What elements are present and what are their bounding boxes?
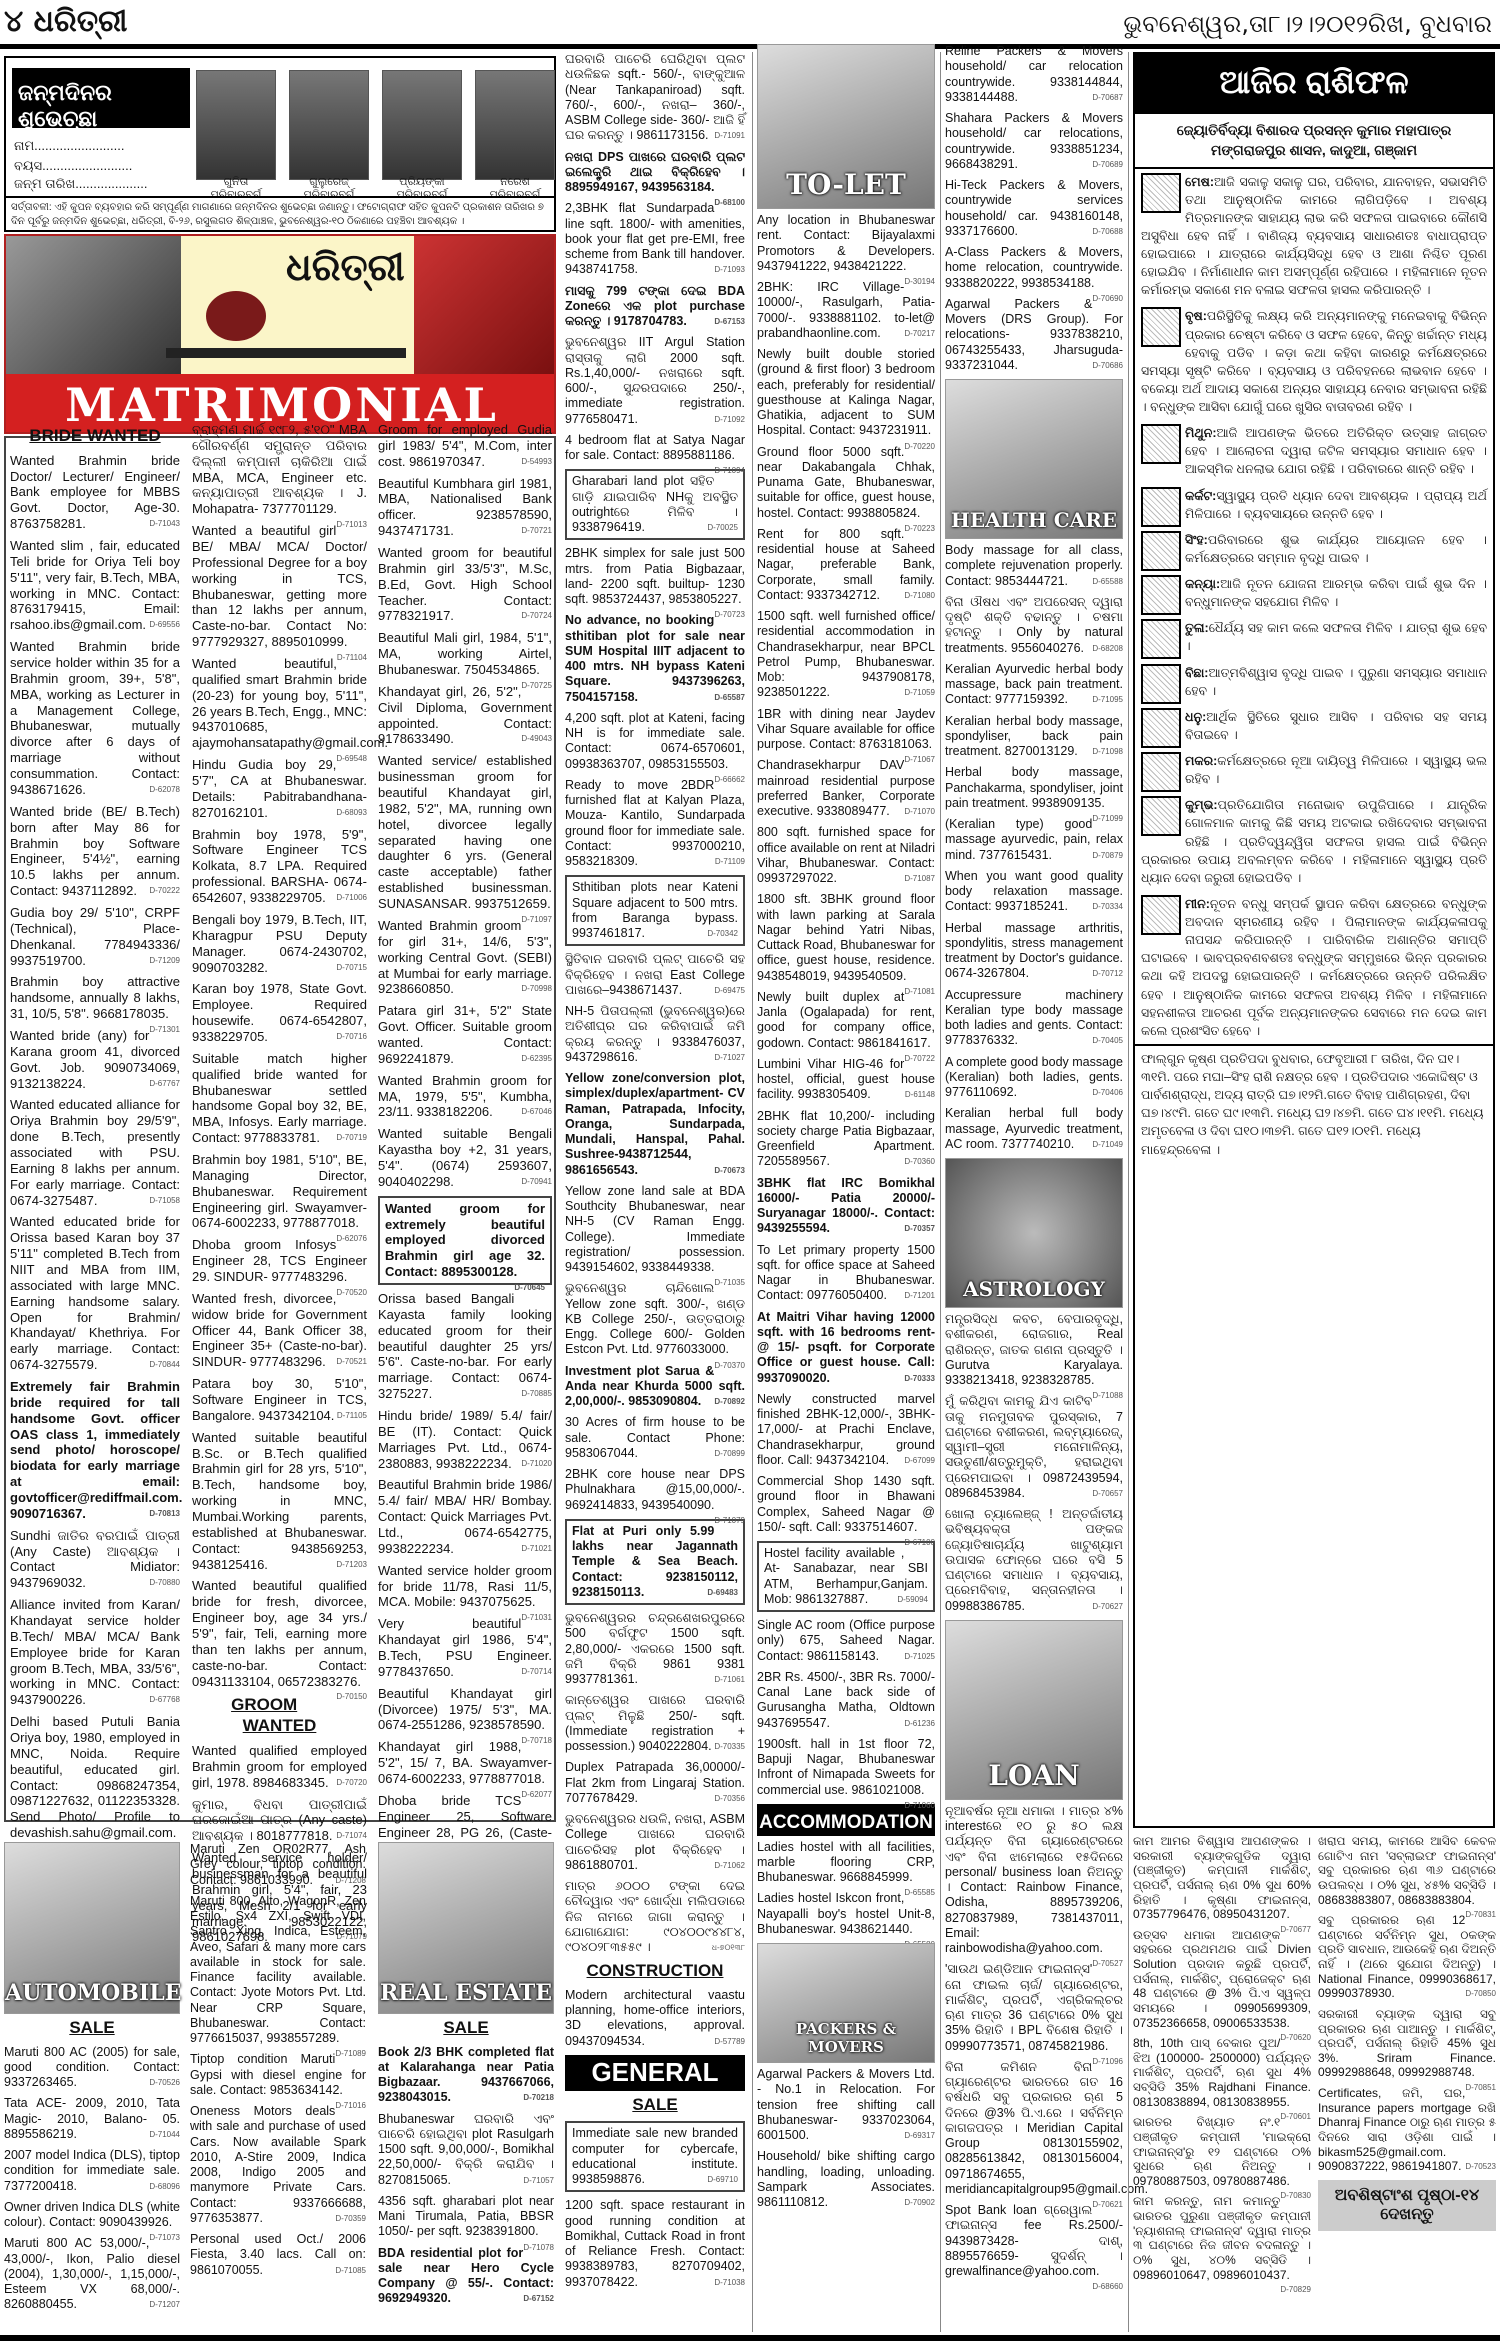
sign-text: ଆତ୍ମବିଶ୍ୱାସ ବୃଦ୍ଧି ପାଇବ । ପୁରୁଣା ସମସ୍ୟାର… — [1185, 666, 1487, 698]
classified-ad: Yellow zone/conversion plot, simplex/dup… — [565, 1071, 745, 1178]
classified-ad: To Let primary property 1500 sqft. for o… — [757, 1243, 935, 1304]
classified-ad: Wanted Brahmin bride Doctor/ Lecturer/ E… — [10, 453, 180, 532]
classified-ad: Gudia boy 29/ 5'10", CRPF (Technical), P… — [10, 905, 180, 968]
classified-ad: Wanted suitable Bengali Kayastha boy +2,… — [378, 1126, 552, 1189]
ad-text: Wanted beautiful qualified bride for fre… — [192, 1578, 367, 1688]
ad-text: Maruti 800, Alto, WagonR, Zen Estilo, Sx… — [190, 1894, 366, 2045]
classified-ad: ମାସକୁ 799 ଟଙ୍କା ଦେଇ BDA Zoneରେ ଏକ plot p… — [565, 284, 745, 330]
classified-ad: ଉତ୍ସବ ଧମାକା ଆପଣଙ୍କ ସହରରେ ପ୍ରଥମଥର ପାଇଁ Di… — [1133, 1928, 1311, 2030]
ad-code: D-71067 — [904, 755, 935, 765]
sign-name: କର୍କଟ: — [1185, 489, 1216, 503]
ad-code: D-70218 — [523, 2093, 554, 2103]
ad-text: 4356 sqft. gharabari plot near Mani Tiru… — [378, 2194, 554, 2239]
classified-ad: 2BHK simplex for sale just 500 mtrs. fro… — [565, 546, 745, 607]
ad-text: ଘରବାରି ପାଚେରି ଘେରିଥିବା ପ୍ଲଟ ଧଉଳିଛକ sqft.… — [565, 52, 745, 142]
classified-ad: Rent for 800 sqft. residential house at … — [757, 527, 935, 603]
ad-code: D-62395 — [521, 1054, 552, 1064]
classified-ad: Wanted Brahmin groom for MA, 1979, 5'5",… — [378, 1073, 552, 1121]
ad-text: Wanted beautiful, qualified smart Brahmi… — [192, 656, 388, 750]
classified-ad: 1200 sqft. space restaurant in good runn… — [565, 2198, 745, 2290]
ad-code: D-70813 — [149, 1509, 180, 1519]
classified-ad: Beautiful Khandayat girl (Divorcee) 1975… — [378, 1686, 552, 1734]
ad-code: D-70879 — [1092, 851, 1123, 861]
ad-code: D-71080 — [904, 591, 935, 601]
ad-code: D-70601 — [1280, 2112, 1311, 2122]
ad-code: D-70722 — [904, 1054, 935, 1064]
rashiphal-title: ଆଜିର ରାଶିଫଳ — [1133, 52, 1495, 112]
ad-code: D-30194 — [904, 277, 935, 287]
horoscope-sign: ମିଥୁନ:ଆଜି ଆପଣଙ୍କ ଭିତରେ ଅତିରିକ୍ତ ଉତ୍ସାହ ଜ… — [1135, 420, 1493, 482]
classified-ad: 1500 sqft. well furnished office/ reside… — [757, 609, 935, 701]
ad-text: Brahmin boy 1981, 5'10", BE, Managing Di… — [192, 1152, 367, 1230]
ad-text: 8th, 10th ପାସ୍ ବେକାର ପୁଅ/ ଝିଅ (100000- 2… — [1133, 2036, 1311, 2109]
sign-text: ଧୈର୍ଯ୍ୟ ସହ କାମ କଲେ ସଫଳତା ମିଳିବ । ଯାତ୍ରା … — [1185, 621, 1487, 653]
ad-code: D-70359 — [335, 2214, 366, 2224]
loan-column-2: କାମ ଆମର ବିଶ୍ୱାସ ଆପଣଙ୍କର । ସରକାରୀ ବ୍ୟାଙ୍କ… — [1133, 1834, 1311, 2295]
classified-ad: Sundhi ଜାତିର ବରପାଇଁ ପାତ୍ରୀ (Any Caste) ଆ… — [10, 1528, 180, 1591]
classified-ad: Delhi based Putuli Bania Oriya boy, 1980… — [10, 1714, 180, 1841]
ad-code: D-71074 — [336, 1831, 367, 1841]
ad-code: D-71087 — [904, 874, 935, 884]
ad-code: D-70621 — [1092, 2200, 1123, 2210]
zodiac-sign-icon — [1141, 752, 1181, 792]
ad-code: D-71091 — [714, 131, 745, 141]
ad-text: କାମ କରନ୍ତୁ, ନାମ କମାନ୍ତୁ ଭାରତର ପୁରୁଣା ପଞ୍… — [1133, 2194, 1311, 2281]
services-column: Reline Packers & Movers household/ car r… — [945, 44, 1123, 2292]
ad-text: 1200 sqft. space restaurant in good runn… — [565, 2198, 745, 2288]
construction-heading: CONSTRUCTION — [565, 1961, 745, 1982]
classified-ad: ଭୁବନେଶ୍ୱରର ଧଉଳି, ନଖରା, ASBM College ପାଖର… — [565, 1812, 745, 1873]
ad-text: No advance, no booking sthitiban plot fo… — [565, 613, 745, 703]
ad-text: Herbal body massage, Panchakarma, spondy… — [945, 765, 1123, 810]
realestate-column: REAL ESTATE SALE Book 2/3 BHK completed … — [378, 1842, 554, 2313]
ad-code: D-67768 — [149, 1695, 180, 1705]
classified-ad: Wanted service holder groom for bride 11… — [378, 1563, 552, 1611]
sign-text: ପରିବାରରେ ଶୁଭ କାର୍ଯ୍ୟର ଆୟୋଜନ ହେବ । କର୍ମକ୍… — [1185, 533, 1487, 565]
ad-code: D-67153 — [714, 317, 745, 327]
classified-ad: Newly constructed marvel finished 2BHK-1… — [757, 1392, 935, 1468]
classified-ad: ନୂଆବର୍ଷର ନୂଆ ଧମାକା । ମାତ୍ର ୪% interestରେ… — [945, 1804, 1123, 1957]
classified-ad: ମୁଁ କରିଥିବା କାମକୁ ଯିଏ କାଟିବ ତାକୁ ମନମୁତାବ… — [945, 1394, 1123, 1501]
ad-text: Owner driven Indica DLS (white colour). … — [4, 2200, 180, 2229]
ad-code: D-71013 — [336, 520, 367, 530]
horoscope-sign: ସିଂହ:ପରିବାରରେ ଶୁଭ କାର୍ଯ୍ୟର ଆୟୋଜନ ହେବ । କ… — [1135, 527, 1493, 571]
zodiac-sign-icon — [1141, 708, 1181, 748]
ad-code: D-70688 — [1092, 227, 1123, 237]
ad-code: D-70892 — [714, 1397, 745, 1407]
sign-name: ମୀନ: — [1185, 897, 1210, 911]
classified-ad: Wanted beautiful qualified bride for fre… — [192, 1578, 367, 1689]
ad-code: D-70720 — [336, 1778, 367, 1788]
ad-code: D-70334 — [1092, 902, 1123, 912]
ad-code: D-71058 — [149, 1196, 180, 1206]
classified-ad: Extremely fair Brahmin bride required fo… — [10, 1379, 180, 1522]
classified-ad: Reline Packers & Movers household/ car r… — [945, 44, 1123, 105]
ad-code: D-70715 — [336, 963, 367, 973]
ad-code: D-71092 — [714, 415, 745, 425]
ad-code: D-71043 — [149, 519, 180, 529]
ad-code: D-70657 — [1092, 1489, 1123, 1499]
ad-code: D-71098 — [1092, 747, 1123, 757]
ad-text: Yellow zone land sale at BDA Southcity B… — [565, 1184, 745, 1274]
classified-ad: Sthitiban plots near Kateni Square adjac… — [565, 875, 745, 946]
ad-code: D-70357 — [904, 1224, 935, 1234]
child-photo — [289, 70, 369, 180]
classified-ad: Suitable match higher qualified bride wa… — [192, 1051, 367, 1146]
classified-ad: ଭୁବନେଶ୍ୱରର ଚନ୍ଦ୍ରଶେଖରପୁରରେ 500 ବର୍ଗଫୁଟ 1… — [565, 1611, 745, 1687]
classified-ad: Tata ACE- 2009, 2010, Tata Magic- 2010, … — [4, 2096, 180, 2142]
ad-code: D-65588 — [1092, 577, 1123, 587]
ad-code: D-70902 — [904, 2198, 935, 2208]
ad-code: D-70880 — [149, 1578, 180, 1588]
ad-text: 4,200 sqft. plot at Kateni, facing NH is… — [565, 711, 745, 771]
automobile-column-1: AUTOMOBILE SALE Maruti 800 AC (2005) for… — [4, 1842, 180, 2319]
classified-ad: Hindu Gudia boy 29, 5'7", CA at Bhubanes… — [192, 757, 367, 820]
ad-text: Suitable match higher qualified bride wa… — [192, 1051, 367, 1145]
ad-code: D-71081 — [904, 987, 935, 997]
ad-text: Commercial Shop 1430 sqft. ground floor … — [757, 1474, 935, 1534]
classified-ad: ବିନା ଔଷଧ ଏବଂ ଅପରେସନ୍ ଦ୍ୱାରା ଦୃଷ୍ଟି ଶକ୍ତି… — [945, 595, 1123, 656]
classified-ad: Dhoba groom Infosys Engineer 28, TCS Eng… — [192, 1237, 367, 1285]
ad-code: D-70356 — [714, 1794, 745, 1804]
classified-ad: Ground floor 5000 sqft. near Dakabangala… — [757, 445, 935, 521]
ad-code: D-67767 — [149, 1079, 180, 1089]
classified-ad: Wanted Brahmin groom for girl 31+, 14/6,… — [378, 918, 552, 997]
ad-code: D-69556 — [149, 620, 180, 630]
zodiac-sign-icon — [1141, 531, 1181, 571]
dateline: ଭୁବନେଶ୍ୱର,ତା୮।୨।୨୦୧୨ରିଖ, ବୁଧବାର — [1123, 10, 1492, 38]
classified-ad: Owner driven Indica DLS (white colour). … — [4, 2200, 180, 2231]
zodiac-sign-icon — [1141, 307, 1181, 347]
tolet-image: TO-LET — [757, 44, 935, 209]
ad-code: D-70687 — [1092, 93, 1123, 103]
classified-ad: ଭୁବନେଶ୍ୱର IIT Argul Station ରାସ୍ତାକୁ ଲାଗ… — [565, 335, 745, 427]
ad-text: ଖୋଲା ଚ୍ୟାଲେଞ୍ଜ୍ ! ଅନ୍ତର୍ଜାତୀୟ ଭବିଷ୍ୟବକ୍ତ… — [945, 1507, 1123, 1613]
classified-ad: Orissa based Bangali Kayasta family look… — [378, 1291, 552, 1402]
classified-ad: ଭାରତର ବିଖ୍ୟାତ ନଂ.୧ ପଞ୍ଜୀକୃତ କମ୍ପାନୀ 'ମାଇ… — [1133, 2115, 1311, 2188]
classified-ad: Alliance invited from Karan/ Khandayat s… — [10, 1597, 180, 1708]
automobile-column-2: Maruti Zen OR02R77, Ash Grey colour, tip… — [190, 1842, 366, 2284]
ad-code: D-65587 — [714, 693, 745, 703]
ad-text: Delhi based Putuli Bania Oriya boy, 1980… — [10, 1714, 180, 1840]
ad-text: 1BR with dining near Jaydev Vihar Square… — [757, 707, 935, 752]
astrologer-byline: ଜ୍ୟୋତିର୍ବିଦ୍ୟା ବିଶାରଦ ପ୍ରସନ୍ନ କୁମାର ମହାପ… — [1135, 114, 1493, 169]
classified-ad: Wanted a beautiful girl BE/ MBA/ MCA/ Do… — [192, 523, 367, 650]
ad-code: D-70527 — [1092, 1959, 1123, 1969]
ad-code: D-68096 — [149, 2182, 180, 2192]
ad-text: ଖରାପ ସମୟ, କାମରେ ଆସିବ କେବଳ ଗୋଟିଏ ନାମ 'ସବ୍… — [1318, 1834, 1496, 1907]
ad-code: D-70723 — [714, 610, 745, 620]
classified-ad: Beautiful Mali girl, 1984, 5'1", MA, wor… — [378, 630, 552, 678]
ad-text: 1900sft. hall in 1st floor 72, Bapuji Na… — [757, 1737, 935, 1797]
classified-ad: Wanted beautiful, qualified smart Brahmi… — [192, 656, 367, 751]
classified-ad: Hostel facility available , At- Sanabaza… — [757, 1541, 935, 1612]
ad-text: Newly built double storied (ground & fir… — [757, 347, 935, 437]
classified-ad: Accupressure machinery Keralian type bod… — [945, 988, 1123, 1049]
ad-text: Beautiful Khandayat girl (Divorcee) 1975… — [378, 1686, 552, 1733]
ad-text: Ready to move 2BDR furnished flat at Kal… — [565, 778, 745, 868]
horoscope-sign: ମେଷ:ଆଜି ସକାଳୁ ସକାଳୁ ଘର, ପରିବାର, ଯାନବାହନ,… — [1135, 169, 1493, 304]
classified-ad: Shahara Packers & Movers household/ car … — [945, 111, 1123, 172]
classified-ad: 8th, 10th ପାସ୍ ବେକାର ପୁଅ/ ଝିଅ (100000- 2… — [1133, 2036, 1311, 2109]
ad-text: Extremely fair Brahmin bride required fo… — [10, 1379, 182, 1521]
page-label: ୪ ଧରିତ୍ରୀ — [4, 4, 127, 39]
ad-text: Wanted educated alliance for Oriya Brahm… — [10, 1097, 180, 1207]
ad-text: ଭୁବନେଶ୍ୱର IIT Argul Station ରାସ୍ତାକୁ ଲାଗ… — [565, 335, 745, 425]
ad-code: D-71104 — [337, 653, 367, 663]
ad-code: D-71301 — [149, 1025, 180, 1035]
sign-text: ନୂତନ ବନ୍ଧୁ ସମ୍ପର୍କ ସ୍ଥାପନ କରିବା କ୍ଷେତ୍ରର… — [1141, 897, 1487, 1038]
ad-code: D-70520 — [336, 1288, 367, 1298]
zodiac-sign-icon — [1141, 173, 1181, 213]
ad-code: D-70333 — [904, 1374, 935, 1384]
ad-code: D-69317 — [904, 2131, 935, 2141]
ad-code: D-70526 — [149, 2078, 180, 2088]
ad-code: D-71073 — [149, 2233, 180, 2243]
astrology-image: ASTROLOGY — [945, 1158, 1123, 1308]
sign-name: ମକର: — [1185, 754, 1217, 768]
sign-text: ପରିସ୍ଥିତିକୁ ଲକ୍ଷ୍ୟ କରି ଅନ୍ୟମାନଙ୍କୁ ମନେଇବ… — [1141, 309, 1487, 414]
classified-ad: A complete good body massage (Keralian) … — [945, 1055, 1123, 1101]
classified-ad: Maruti Zen OR02R77, Ash Grey colour, tip… — [190, 1842, 366, 1888]
matrimonial-banner: ଧରିତ୍ରୀ MATRIMONIAL — [4, 234, 556, 434]
classified-ad: Herbal massage arthritis, spondylitis, s… — [945, 921, 1123, 982]
panjika: ଫାଲ୍‌ଗୁନ କୃଷ୍ଣ ପ୍ରତିପଦା ବୁଧବାର, ଫେବୃଆରୀ … — [1135, 1044, 1493, 1163]
ad-code: D-71059 — [904, 688, 935, 698]
ad-text: 1500 sqft. well furnished office/ reside… — [757, 609, 935, 699]
ad-text: Orissa based Bangali Kayasta family look… — [378, 1291, 552, 1401]
ad-code: D-70998 — [521, 984, 552, 994]
ad-code: D-71088 — [1092, 1391, 1123, 1401]
horoscope-sign: ବିଛା:ଆତ୍ମବିଶ୍ୱାସ ବୃଦ୍ଧି ପାଇବ । ପୁରୁଣା ସମ… — [1135, 660, 1493, 704]
ad-code: D-71089 — [335, 2049, 366, 2059]
ad-code: D-70686 — [1092, 361, 1123, 371]
classified-ad: Patara girl 31+, 5'2" State Govt. Office… — [378, 1003, 552, 1066]
classified-ad: Newly built duplex at Janla (Ogalapada) … — [757, 990, 935, 1051]
ad-code: D-70899 — [714, 1449, 745, 1459]
ad-code: D-69710 — [707, 2175, 738, 2185]
classified-ad: 2BHK core house near DPS Phulnakhara @15… — [565, 1467, 745, 1513]
ad-code: D-70645 — [514, 1283, 545, 1293]
ad-code: D-68093 — [336, 808, 367, 818]
ad-code: D-70335 — [714, 1742, 745, 1752]
ad-text: Khandayat girl 1988, 5'2", 15/ 7, BA. Sw… — [378, 1739, 552, 1786]
ad-text: Ground floor 5000 sqft. near Dakabangala… — [757, 445, 935, 520]
ad-code: D-71016 — [335, 2101, 366, 2111]
classified-ad: Spot Bank loan ଗ୍ରେୱାଲ ଫାଇନାନ୍ସ fee Rs.2… — [945, 2203, 1123, 2279]
ad-code: D-71031 — [521, 1613, 552, 1623]
classified-ad: No advance, no booking sthitiban plot fo… — [565, 613, 745, 705]
classified-ad: 4,200 sqft. plot at Kateni, facing NH is… — [565, 711, 745, 772]
ad-code: D-71057 — [523, 2176, 554, 2186]
classified-ad: Brahmin boy 1981, 5'10", BE, Managing Di… — [192, 1152, 367, 1231]
classified-ad: Very beautiful Khandayat girl 1986, 5'4"… — [378, 1616, 552, 1679]
ad-code: D-71078 — [523, 2243, 554, 2253]
ad-text: Spot Bank loan ଗ୍ରେୱାଲ ଫାଇନାନ୍ସ fee Rs.2… — [945, 2203, 1123, 2278]
ad-text: Wanted groom for extremely beautiful emp… — [385, 1201, 545, 1279]
classified-ad: Maruti 800, Alto, WagonR, Zen Estilo, Sx… — [190, 1894, 366, 2047]
sign-name: ବୃଷ: — [1185, 309, 1207, 323]
classified-ad: Beautiful Brahmin bride 1986/ 5.4/ fair/… — [378, 1477, 552, 1556]
classified-ad: Keralian herbal full body massage, Ayurv… — [945, 1106, 1123, 1152]
classified-ad: Wanted bride (any) for Karana groom 41, … — [10, 1028, 180, 1091]
classified-ad: Lumbini Vihar HIG-46 for hostel, officia… — [757, 1057, 935, 1103]
ad-code: D-70220 — [904, 442, 935, 452]
rashiphal-section: ଜ୍ୟୋତିର୍ବିଦ୍ୟା ବିଶାରଦ ପ୍ରସନ୍ନ କୁମାର ମହାପ… — [1133, 112, 1495, 1828]
ad-text: 1800 sft. 3BHK ground floor with lawn pa… — [757, 892, 935, 982]
ad-text: Yellow zone/conversion plot, simplex/dup… — [565, 1071, 745, 1177]
classified-ad: BDA residential plot for sale near Hero … — [378, 2246, 554, 2307]
ad-code: D-70690 — [1092, 294, 1123, 304]
horoscope-sign: କର୍କଟ:ସ୍ୱାସ୍ଥ୍ୟ ପ୍ରତି ଧ୍ୟାନ ଦେବା ଆବଶ୍ୟକ … — [1135, 483, 1493, 527]
classified-ad: 1BR with dining near Jaydev Vihar Square… — [757, 707, 935, 753]
classified-ad: କାନ୍ତେଶ୍ୱର ପାଖରେ ଘରବାରି ପ୍ଲଟ୍ ମିଳୁଛି 250… — [565, 1693, 745, 1754]
classified-ad: Hindu bride/ 1989/ 5.4/ fair/ BE (IT). C… — [378, 1408, 552, 1471]
ad-text: Oneness Motors deals with sale and purch… — [190, 2104, 366, 2225]
sign-text: କର୍ମକ୍ଷେତ୍ରରେ ନୂଆ ଦାୟିତ୍ୱ ମିଳିପାରେ । ସ୍ୱ… — [1185, 754, 1487, 786]
column-divider — [940, 52, 941, 2332]
classified-ad: Single AC room (Office purpose only) 675… — [757, 1618, 935, 1664]
ad-code: D-70829 — [1280, 2285, 1311, 2295]
classified-ad: Keralian Ayurvedic herbal body massage, … — [945, 662, 1123, 708]
ad-code: D-70719 — [336, 1133, 367, 1143]
classified-ad: Bhubaneswar ଘରବାରି ଏବଂ ପାଚେରି ହୋଇଥିବା pl… — [378, 2112, 554, 2188]
classified-ad: Herbal body massage, Panchakarma, spondy… — [945, 765, 1123, 811]
dharitri-logo: ଧରିତ୍ରୀ — [286, 244, 405, 290]
ad-code: D-62078 — [149, 785, 180, 795]
sign-name: କୁମ୍ଭ: — [1185, 798, 1218, 812]
ad-code: D-67152 — [523, 2294, 554, 2304]
classified-ad: Maruti 800 AC (2005) for sale, good cond… — [4, 2045, 180, 2091]
ad-code: D-71207 — [149, 2300, 180, 2310]
classified-ad: Oneness Motors deals with sale and purch… — [190, 2104, 366, 2226]
ad-code: D-70405 — [1092, 1036, 1123, 1046]
ad-text: ସବୁ ପ୍ରକାରର ଋଣ 12 ଘଣ୍ଟାରେ ସର୍ବନିମ୍ନ ସୁଧ,… — [1318, 1913, 1496, 2000]
classified-ad: Bengali boy 1979, B.Tech, IIT, Kharagpur… — [192, 912, 367, 975]
sign-name: ଧନୁ: — [1185, 710, 1206, 724]
horoscope-sign: ମକର:କର୍ମକ୍ଷେତ୍ରରେ ନୂଆ ଦାୟିତ୍ୱ ମିଳିପାରେ ।… — [1135, 748, 1493, 792]
ad-text: Any location in Bhubaneswar rent. Contac… — [757, 213, 935, 273]
ad-code: D-71085 — [335, 2266, 366, 2276]
zodiac-sign-icon — [1141, 664, 1181, 704]
classified-ad: Any location in Bhubaneswar rent. Contac… — [757, 213, 935, 274]
classified-ad: Flat at Puri only 5.99 lakhs near Jagann… — [565, 1519, 745, 1605]
ad-code: D-70523 — [1465, 2162, 1496, 2172]
ad-code: D-49043 — [521, 734, 552, 744]
classified-ad: କାମ ଆମର ବିଶ୍ୱାସ ଆପଣଙ୍କର । ସରକାରୀ ବ୍ୟାଙ୍କ… — [1133, 1834, 1311, 1922]
ad-code: D-65585 — [904, 1888, 935, 1898]
ad-code: ଧ-୭୦୧୩୮ — [712, 1943, 745, 1953]
ad-text: Wanted Brahmin bride service holder with… — [10, 639, 180, 797]
ad-text: Newly built duplex at Janla (Ogalapada) … — [757, 990, 935, 1050]
ad-text: ସରକାରୀ ବ୍ୟାଙ୍କ ଦ୍ୱାରା ସବୁ ପ୍ରକାରର ଋଣ ପାଆ… — [1318, 2007, 1496, 2080]
classified-ad: ସବୁ ପ୍ରକାରର ଋଣ 12 ଘଣ୍ଟାରେ ସର୍ବନିମ୍ନ ସୁଧ,… — [1318, 1913, 1496, 2001]
classified-ad: 1900sft. hall in 1st floor 72, Bapuji Na… — [757, 1737, 935, 1798]
ad-code: D-71038 — [714, 2278, 745, 2288]
classified-ad: Wanted Brahmin bride service holder with… — [10, 639, 180, 798]
ad-code: D-71097 — [521, 915, 552, 925]
ad-code: D-57789 — [714, 2037, 745, 2047]
horoscope-sign: ବୃଷ:ପରିସ୍ଥିତିକୁ ଲକ୍ଷ୍ୟ କରି ଅନ୍ୟମାନଙ୍କୁ ମ… — [1135, 303, 1493, 420]
classified-ad: Ladies hostel with all facilities, marbl… — [757, 1840, 935, 1886]
ad-text: Wanted service/ established businessman … — [378, 753, 552, 911]
ad-code: D-69548 — [336, 754, 367, 764]
column-divider — [752, 52, 753, 2332]
ad-text: ମନ୍ତ୍ରସିଦ୍ଧ କବଚ, ବେପାରବୃଦ୍ଧି, ବଶୀକରଣ, ରୋ… — [945, 1312, 1123, 1387]
tolet-column: TO-LET Any location in Bhubaneswar rent.… — [757, 44, 935, 2216]
sign-text: ଆର୍ଥିକ ସ୍ଥିତିରେ ସୁଧାର ଆସିବ । ପରିବାର ସହ ସ… — [1185, 710, 1487, 742]
classified-ad: 2007 model Indica (DLS), tiptop conditio… — [4, 2148, 180, 2194]
classified-ad: 4 bedroom flat at Satya Nagar for sale. … — [565, 433, 745, 464]
classified-ad: 3BHK flat IRC Bomikhal 16000/- Patia 200… — [757, 1176, 935, 1237]
classified-ad: Ready to move 2BDR furnished flat at Kal… — [565, 778, 745, 870]
ad-code: D-70941 — [521, 1177, 552, 1187]
ad-text: Wanted educated bride for Orissa based K… — [10, 1214, 180, 1372]
birthday-coupon: ଜନ୍ମଦିନର ଶୁଭେଚ୍ଛା ନାମ...................… — [4, 56, 556, 232]
ad-code: D-71203 — [336, 1560, 367, 1570]
ad-code: D-71105 — [337, 1411, 367, 1421]
classified-ad: Khandayat girl 1988, 5'2", 15/ 7, BA. Sw… — [378, 1739, 552, 1787]
classified-ad: 30 Acres of firm house to be sale. Conta… — [565, 1415, 745, 1461]
ad-text: ଭାରତର ବିଖ୍ୟାତ ନଂ.୧ ପଞ୍ଜୀକୃତ କମ୍ପାନୀ 'ମାଇ… — [1133, 2115, 1311, 2188]
ad-code: D-67099 — [904, 1456, 935, 1466]
ad-code: D-69483 — [707, 1588, 738, 1598]
ad-code: D-70714 — [521, 1667, 552, 1677]
matrimonial-col-3: Groom for employed Gudia girl 1983/ 5'4"… — [378, 422, 552, 1878]
classified-ad: ଖରାପ ସମୟ, କାମରେ ଆସିବ କେବଳ ଗୋଟିଏ ନାମ 'ସବ୍… — [1318, 1834, 1496, 1907]
sign-name: ମେଷ: — [1185, 175, 1214, 189]
ad-code: D-54993 — [521, 457, 552, 467]
child-photo — [475, 70, 555, 180]
classified-ad: Yellow zone land sale at BDA Southcity B… — [565, 1184, 745, 1276]
ad-code: D-70850 — [1465, 1989, 1496, 1999]
classified-ad: (Keralian type) good massage ayurvedic, … — [945, 817, 1123, 863]
ad-text: ଭୁବନେଶ୍ୱର ଚାନ୍ଦିଖୋଲ Yellow zone sqft. 30… — [565, 1281, 745, 1356]
classified-ad: ଭୁବନେଶ୍ୱର ଚାନ୍ଦିଖୋଲ Yellow zone sqft. 30… — [565, 1281, 745, 1357]
ad-code: D-70689 — [1092, 160, 1123, 170]
classified-ad: At Maitri Vihar having 12000 sqft. with … — [757, 1310, 935, 1386]
ad-text: 2BHK simplex for sale just 500 mtrs. fro… — [565, 546, 745, 606]
classified-ad: Brahmin boy 1978, 5'9", Software Enginee… — [192, 827, 367, 906]
ad-code: D-71208 — [335, 1876, 366, 1886]
packers-image: PACKERS & MOVERS — [757, 1943, 935, 2063]
child-photo — [382, 70, 462, 180]
classified-ad: 1800 sft. 3BHK ground floor with lawn pa… — [757, 892, 935, 984]
ad-code: D-71049 — [1092, 1140, 1123, 1150]
ad-code: D-70725 — [521, 681, 552, 691]
continued-on-page-14: ଅବଶିଷ୍ଟାଂଶ ପୃଷ୍ଠା-୧୪ ଦେଖନ୍ତୁ — [1318, 2180, 1496, 2231]
ad-code: D-62076 — [336, 1234, 367, 1244]
classified-ad: Commercial Shop 1430 sqft. ground floor … — [757, 1474, 935, 1535]
classified-ad: Beautiful Kumbhara girl 1981, MBA, Natio… — [378, 476, 552, 539]
ad-code: D-71027 — [714, 1053, 745, 1063]
classified-ad: Wanted educated bride for Orissa based K… — [10, 1214, 180, 1373]
classified-ad: Maruti 800 AC 53,000/-, 43,000/-, Ikon, … — [4, 2236, 180, 2312]
ad-text: ନଖରା DPS ପାଖରେ ଘରବାରି ପ୍ଲଟ ଇଲେକ୍ଟ୍ରି ଥାଇ… — [565, 150, 745, 195]
classified-ad: କାମ କରନ୍ତୁ, ନାମ କମାନ୍ତୁ ଭାରତର ପୁରୁଣା ପଞ୍… — [1133, 2194, 1311, 2282]
ad-code: D-68660 — [1092, 2282, 1123, 2292]
ad-text: Certificates, ଜମି, ଘର, Insurance papers … — [1318, 2086, 1496, 2173]
ad-text: ନୂଆବର୍ଷର ନୂଆ ଧମାକା । ମାତ୍ର ୪% interestରେ… — [945, 1804, 1123, 1955]
masthead: ୪ ଧରିତ୍ରୀ ଭୁବନେଶ୍ୱର,ତା୮।୨।୨୦୧୨ରିଖ, ବୁଧବା… — [0, 0, 1500, 44]
ad-code: D-71044 — [149, 2130, 180, 2140]
ad-code: D-70721 — [521, 526, 552, 536]
classified-ad: Wanted bride (BE/ B.Tech) born after May… — [10, 804, 180, 899]
classified-ad: କୁମାର, ବିଧବା ପାତ୍ରୀପାଇଁ ଘରଜୋଇଁଆ ପାତ୍ର (A… — [192, 1797, 367, 1845]
ad-code: D-71035 — [714, 1278, 745, 1288]
ad-code: D-66662 — [714, 775, 745, 785]
ad-code: D-70521 — [336, 1357, 367, 1367]
